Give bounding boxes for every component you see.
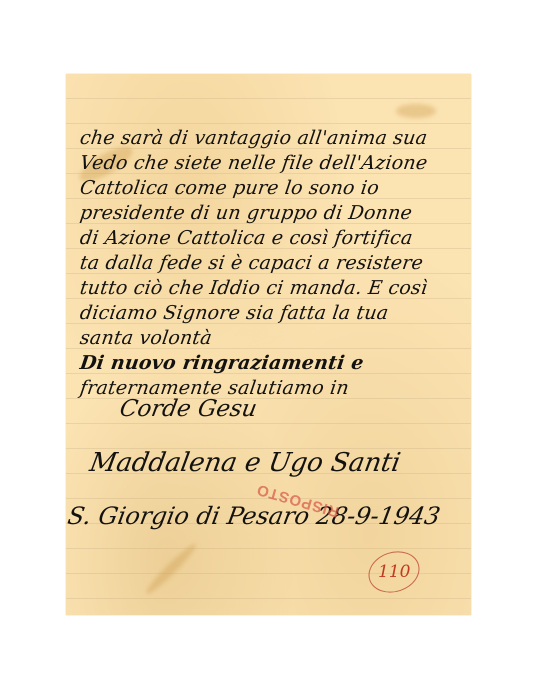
paper-stain xyxy=(396,104,436,118)
body-line: presidente di un gruppo di Donne xyxy=(78,201,472,226)
signature: Maddalena e Ugo Santi xyxy=(87,448,402,478)
body-line: Di nuovo ringraziamenti e xyxy=(78,351,472,376)
folio-number-circle: 110 xyxy=(363,545,425,599)
body-line: che sarà di vantaggio all'anima sua xyxy=(78,126,472,151)
place-date: S. Giorgio di Pesaro 28-9-1943 xyxy=(66,502,443,530)
letter-page: che sarà di vantaggio all'anima sua Vedo… xyxy=(66,74,471,615)
body-line: Cattolica come pure lo sono io xyxy=(78,176,472,201)
paper-stain xyxy=(143,541,200,598)
letter-body: che sarà di vantaggio all'anima sua Vedo… xyxy=(80,126,470,401)
body-line: tutto ciò che Iddio ci manda. E così xyxy=(78,276,472,301)
body-line: Vedo che siete nelle file dell'Azione xyxy=(78,151,472,176)
body-line: santa volontà xyxy=(78,326,472,351)
closing-phrase: Corde Gesu xyxy=(118,396,259,422)
body-line: diciamo Signore sia fatta la tua xyxy=(78,301,472,326)
body-line: di Azione Cattolica e così fortifica xyxy=(78,226,472,251)
body-line: ta dalla fede si è capaci a resistere xyxy=(78,251,472,276)
folio-number: 110 xyxy=(378,562,410,582)
